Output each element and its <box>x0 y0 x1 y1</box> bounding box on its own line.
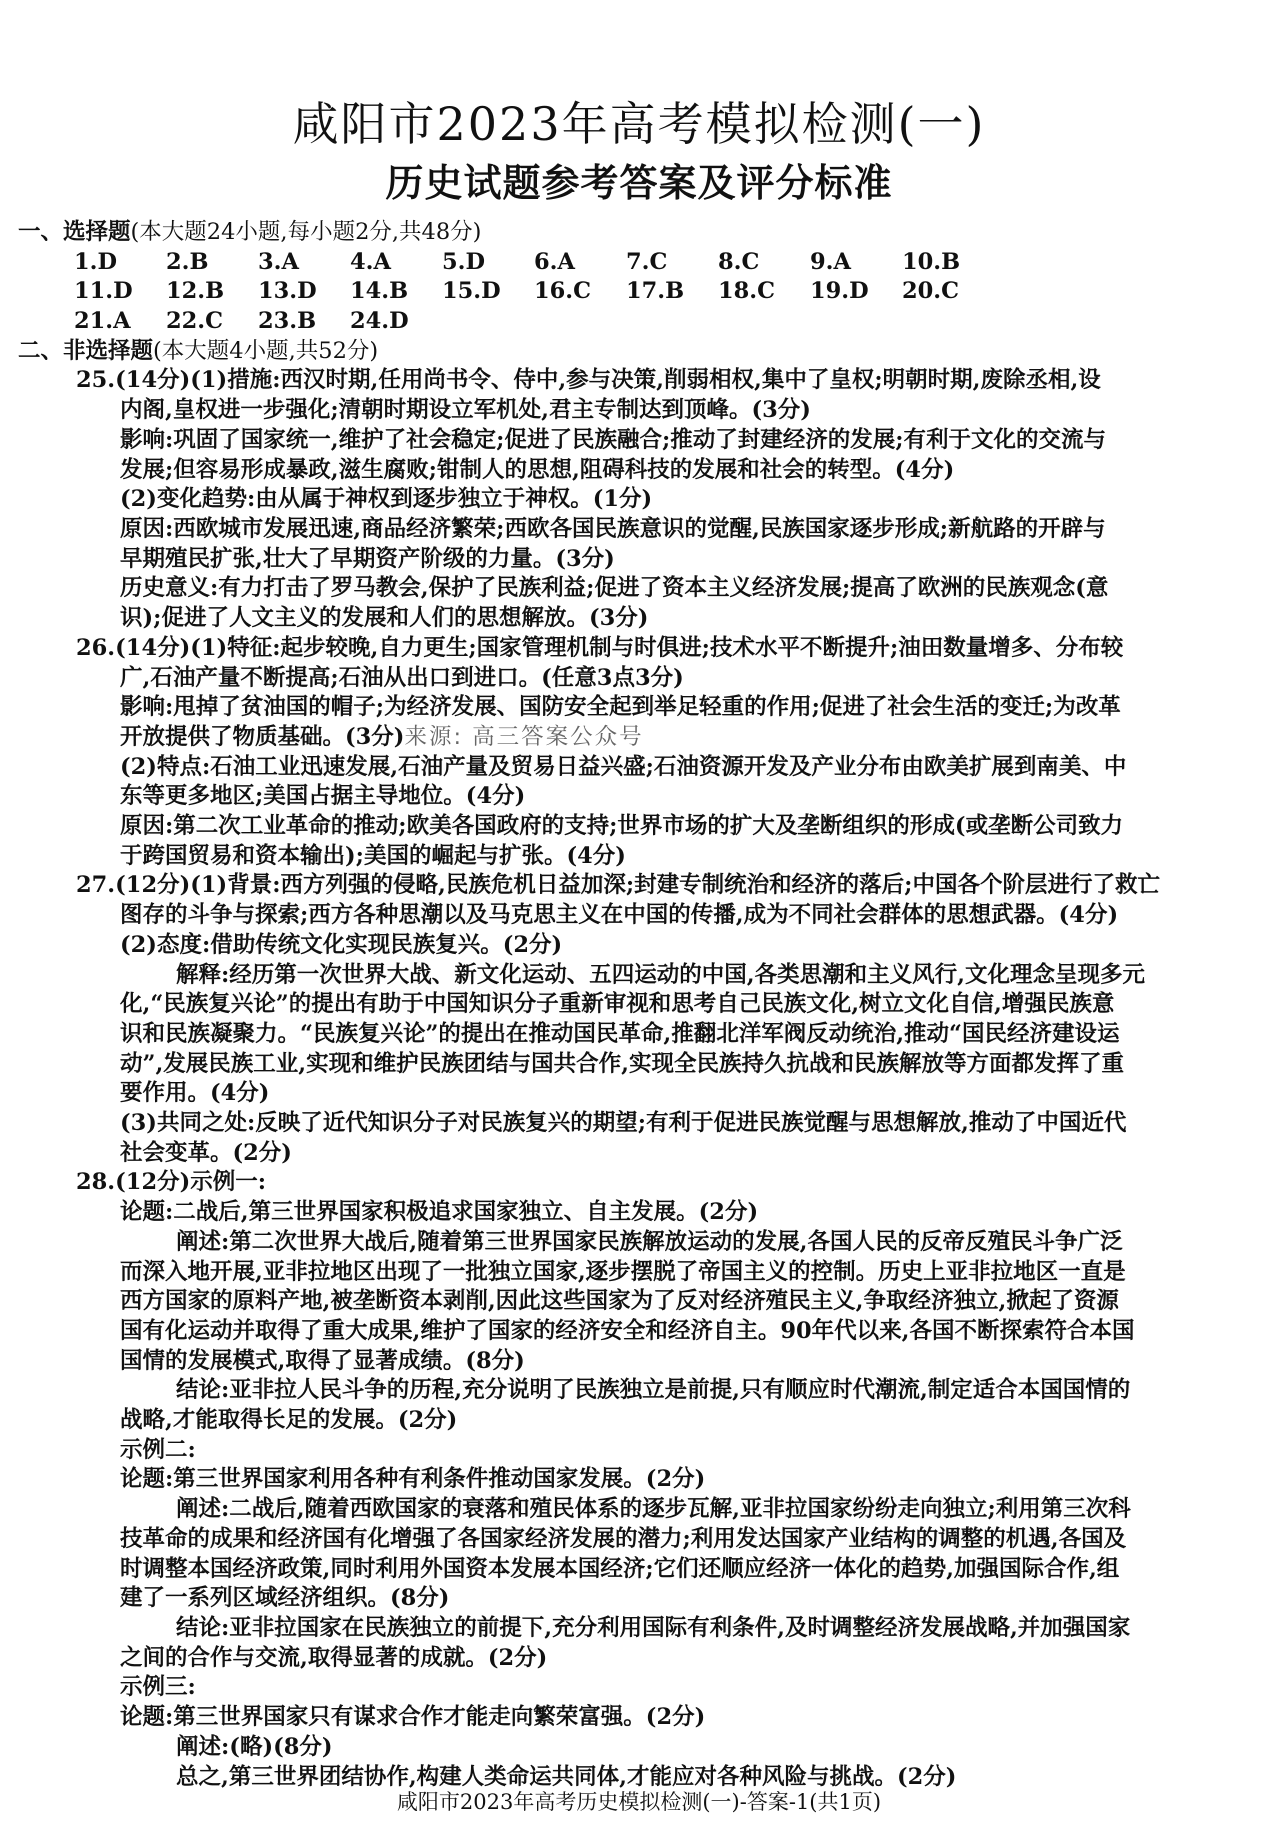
answer-line-with-watermark: 开放提供了物质基础。(3分)来源: 高三答案公众号 <box>0 723 1278 753</box>
answer-line: 原因:西欧城市发展迅速,商品经济繁荣;西欧各国民族意识的觉醒,民族国家逐步形成;… <box>0 515 1278 545</box>
answer-item: 10.B <box>902 248 994 278</box>
answer-item: 4.A <box>350 248 442 278</box>
question-first-line: 26.(14分)(1)特征:起步较晚,自力更生;国家管理机制与时俱进;技术水平不… <box>0 634 1278 664</box>
answer-line: 而深入地开展,亚非拉地区出现了一批独立国家,逐步摆脱了帝国主义的控制。历史上亚非… <box>0 1258 1278 1288</box>
question-first-line: 25.(14分)(1)措施:西汉时期,任用尚书令、侍中,参与决策,削弱相权,集中… <box>0 366 1278 396</box>
answer-line: 国情的发展模式,取得了显著成绩。(8分) <box>0 1347 1278 1377</box>
question-first-line: 27.(12分)(1)背景:西方列强的侵略,民族危机日益加深;封建专制统治和经济… <box>0 871 1278 901</box>
answer-item: 24.D <box>350 307 442 337</box>
answer-line: 历史意义:有力打击了罗马教会,保护了民族利益;促进了资本主义经济发展;提高了欧洲… <box>0 574 1278 604</box>
answer-line: 化,“民族复兴论”的提出有助于中国知识分子重新审视和思考自己民族文化,树立文化自… <box>0 990 1278 1020</box>
answer-item: 21.A <box>74 307 166 337</box>
answer-row-1: 1.D2.B3.A4.A5.D6.A7.C8.C9.A10.B <box>0 248 1278 278</box>
question-first-line: 28.(12分)示例一: <box>0 1168 1278 1198</box>
answer-item: 17.B <box>626 277 718 307</box>
example-1-topic: 论题:二战后,第三世界国家积极追求国家独立、自主发展。(2分) <box>0 1198 1278 1228</box>
example-3-argument: 阐述:(略)(8分) <box>0 1733 1278 1763</box>
section-heading-multiple-choice: 一、选择题(本大题24小题,每小题2分,共48分) <box>0 218 1278 248</box>
answer-line: 影响:甩掉了贫油国的帽子;为经济发展、国防安全起到举足轻重的作用;促进了社会生活… <box>0 693 1278 723</box>
question-25: 25.(14分)(1)措施:西汉时期,任用尚书令、侍中,参与决策,削弱相权,集中… <box>0 366 1278 633</box>
answer-line: 发展;但容易形成暴政,滋生腐败;钳制人的思想,阻碍科技的发展和社会的转型。(4分… <box>0 456 1278 486</box>
example-2-label: 示例二: <box>0 1436 1278 1466</box>
example-1-conclusion: 结论:亚非拉人民斗争的历程,充分说明了民族独立是前提,只有顺应时代潮流,制定适合… <box>0 1376 1278 1406</box>
answer-line: 识和民族凝聚力。“民族复兴论”的提出在推动国民革命,推翻北洋军阀反动统治,推动“… <box>0 1020 1278 1050</box>
question-26: 26.(14分)(1)特征:起步较晚,自力更生;国家管理机制与时俱进;技术水平不… <box>0 634 1278 872</box>
example-3-label: 示例三: <box>0 1673 1278 1703</box>
answer-row-2: 11.D12.B13.D14.B15.D16.C17.B18.C19.D20.C <box>0 277 1278 307</box>
answer-line: 影响:巩固了国家统一,维护了社会稳定;促进了民族融合;推动了封建经济的发展;有利… <box>0 426 1278 456</box>
section-title: 二、非选择题 <box>18 338 153 364</box>
answer-item: 7.C <box>626 248 718 278</box>
answer-line: 时调整本国经济政策,同时利用外国资本发展本国经济;它们还顺应经济一体化的趋势,加… <box>0 1555 1278 1585</box>
answer-item: 14.B <box>350 277 442 307</box>
example-1-argument: 阐述:第二次世界大战后,随着第三世界国家民族解放运动的发展,各国人民的反帝反殖民… <box>0 1228 1278 1258</box>
answer-item: 5.D <box>442 248 534 278</box>
answer-item: 1.D <box>74 248 166 278</box>
answer-line: (2)态度:借助传统文化实现民族复兴。(2分) <box>0 931 1278 961</box>
answer-line: 技革命的成果和经济国有化增强了各国家经济发展的潜力;利用发达国家产业结构的调整的… <box>0 1525 1278 1555</box>
answer-item: 19.D <box>810 277 902 307</box>
answer-item: 20.C <box>902 277 994 307</box>
document-body: 一、选择题(本大题24小题,每小题2分,共48分) 1.D2.B3.A4.A5.… <box>0 218 1278 1792</box>
answer-item: 15.D <box>442 277 534 307</box>
source-watermark: 来源: 高三答案公众号 <box>404 724 643 750</box>
document-title: 咸阳市2023年高考模拟检测(一) <box>0 88 1278 154</box>
example-2-argument: 阐述:二战后,随着西欧国家的衰落和殖民体系的逐步瓦解,亚非拉国家纷纷走向独立;利… <box>0 1495 1278 1525</box>
answer-line: (3)共同之处:反映了近代知识分子对民族复兴的期望;有利于促进民族觉醒与思想解放… <box>0 1109 1278 1139</box>
answer-item: 13.D <box>258 277 350 307</box>
answer-line: 于跨国贸易和资本输出);美国的崛起与扩张。(4分) <box>0 842 1278 872</box>
example-2-topic: 论题:第三世界国家利用各种有利条件推动国家发展。(2分) <box>0 1465 1278 1495</box>
page-footer: 咸阳市2023年高考历史模拟检测(一)-答案-1(共1页) <box>0 1786 1278 1816</box>
answer-line: 之间的合作与交流,取得显著的成就。(2分) <box>0 1644 1278 1674</box>
answer-item: 3.A <box>258 248 350 278</box>
example-2-conclusion: 结论:亚非拉国家在民族独立的前提下,充分利用国际有利条件,及时调整经济发展战略,… <box>0 1614 1278 1644</box>
explanation-first-line: 解释:经历第一次世界大战、新文化运动、五四运动的中国,各类思潮和主义风行,文化理… <box>0 961 1278 991</box>
answer-line: 建了一系列区域经济组织。(8分) <box>0 1584 1278 1614</box>
answer-line: 图存的斗争与探索;西方各种思潮以及马克思主义在中国的传播,成为不同社会群体的思想… <box>0 901 1278 931</box>
answer-line: 东等更多地区;美国占据主导地位。(4分) <box>0 782 1278 812</box>
answer-line: 广,石油产量不断提高;石油从出口到进口。(任意3点3分) <box>0 664 1278 694</box>
question-27: 27.(12分)(1)背景:西方列强的侵略,民族危机日益加深;封建专制统治和经济… <box>0 871 1278 1168</box>
answer-text: 开放提供了物质基础。(3分) <box>120 724 404 750</box>
answer-item: 16.C <box>534 277 626 307</box>
answer-line: 战略,才能取得长足的发展。(2分) <box>0 1406 1278 1436</box>
question-28: 28.(12分)示例一: 论题:二战后,第三世界国家积极追求国家独立、自主发展。… <box>0 1168 1278 1792</box>
section-note: (本大题4小题,共52分) <box>153 338 378 364</box>
answer-line: 要作用。(4分) <box>0 1079 1278 1109</box>
answer-line: 国有化运动并取得了重大成果,维护了国家的经济安全和经济自主。90年代以来,各国不… <box>0 1317 1278 1347</box>
section-title: 一、选择题 <box>18 219 131 245</box>
answer-item: 18.C <box>718 277 810 307</box>
answer-line: (2)变化趋势:由从属于神权到逐步独立于神权。(1分) <box>0 485 1278 515</box>
section-note: (本大题24小题,每小题2分,共48分) <box>131 219 482 245</box>
answer-item: 8.C <box>718 248 810 278</box>
answer-line: (2)特点:石油工业迅速发展,石油产量及贸易日益兴盛;石油资源开发及产业分布由欧… <box>0 753 1278 783</box>
answer-item: 9.A <box>810 248 902 278</box>
answer-line: 社会变革。(2分) <box>0 1139 1278 1169</box>
answer-line: 内阁,皇权进一步强化;清朝时期设立军机处,君主专制达到顶峰。(3分) <box>0 396 1278 426</box>
answer-item: 23.B <box>258 307 350 337</box>
example-3-topic: 论题:第三世界国家只有谋求合作才能走向繁荣富强。(2分) <box>0 1703 1278 1733</box>
answer-item: 11.D <box>74 277 166 307</box>
answer-line: 识);促进了人文主义的发展和人们的思想解放。(3分) <box>0 604 1278 634</box>
answer-line: 早期殖民扩张,壮大了早期资产阶级的力量。(3分) <box>0 545 1278 575</box>
answer-row-3: 21.A22.C23.B24.D <box>0 307 1278 337</box>
section-heading-non-choice: 二、非选择题(本大题4小题,共52分) <box>0 337 1278 367</box>
answer-line: 动”,发展民族工业,实现和维护民族团结与国共合作,实现全民族持久抗战和民族解放等… <box>0 1050 1278 1080</box>
answer-item: 22.C <box>166 307 258 337</box>
document-subtitle: 历史试题参考答案及评分标准 <box>0 152 1278 207</box>
answer-line: 西方国家的原料产地,被垄断资本剥削,因此这些国家为了反对经济殖民主义,争取经济独… <box>0 1287 1278 1317</box>
answer-item: 2.B <box>166 248 258 278</box>
answer-item: 12.B <box>166 277 258 307</box>
answer-sheet-page: 咸阳市2023年高考模拟检测(一) 历史试题参考答案及评分标准 一、选择题(本大… <box>0 0 1278 1841</box>
answer-line: 原因:第二次工业革命的推动;欧美各国政府的支持;世界市场的扩大及垄断组织的形成(… <box>0 812 1278 842</box>
answer-item: 6.A <box>534 248 626 278</box>
